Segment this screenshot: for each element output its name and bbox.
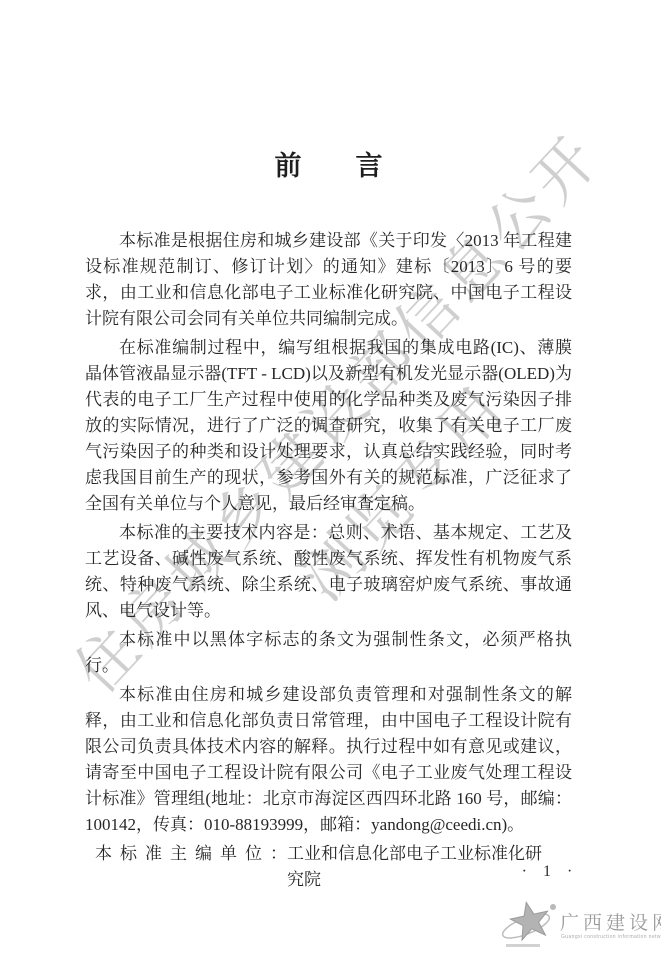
page-number: · 1 · <box>500 863 600 881</box>
logo-orbit-dot-icon <box>550 904 556 910</box>
chief-editor-label: 本标准主编单位： <box>95 841 287 867</box>
star-icon <box>500 900 552 946</box>
footer-logo-tagline: Guangxi construction information network <box>561 934 661 940</box>
document-page: 住房城乡建设部信息公开 浏览专用 前 言 本标准是根据住房和城乡建设部《关于印发… <box>0 0 661 958</box>
paragraph-mandatory-clauses: 本标准中以黑体字标志的条文为强制性条文，必须严格执行。 <box>85 627 572 679</box>
logo-star-caption <box>506 944 540 947</box>
page-content: 前 言 本标准是根据住房和城乡建设部《关于印发〈2013 年工程建设标准规范制订… <box>85 148 572 893</box>
footer-logo-name: 广西建设网 <box>560 908 661 935</box>
page-title: 前 言 <box>85 148 572 184</box>
footer-logo: 广西建设网 Guangxi construction information n… <box>498 892 658 954</box>
paragraph-administration-contact: 本标准由住房和城乡建设部负责管理和对强制性条文的解释，由工业和信息化部负责日常管… <box>85 682 572 838</box>
paragraph-main-contents: 本标准的主要技术内容是：总则、术语、基本规定、工艺及工艺设备、碱性废气系统、酸性… <box>85 520 572 624</box>
paragraph-drafting-process: 在标准编制过程中，编写组根据我国的集成电路(IC)、薄膜晶体管液晶显示器(TFT… <box>85 335 572 517</box>
paragraph-basis: 本标准是根据住房和城乡建设部《关于印发〈2013 年工程建设标准规范制订、修订计… <box>85 228 572 332</box>
